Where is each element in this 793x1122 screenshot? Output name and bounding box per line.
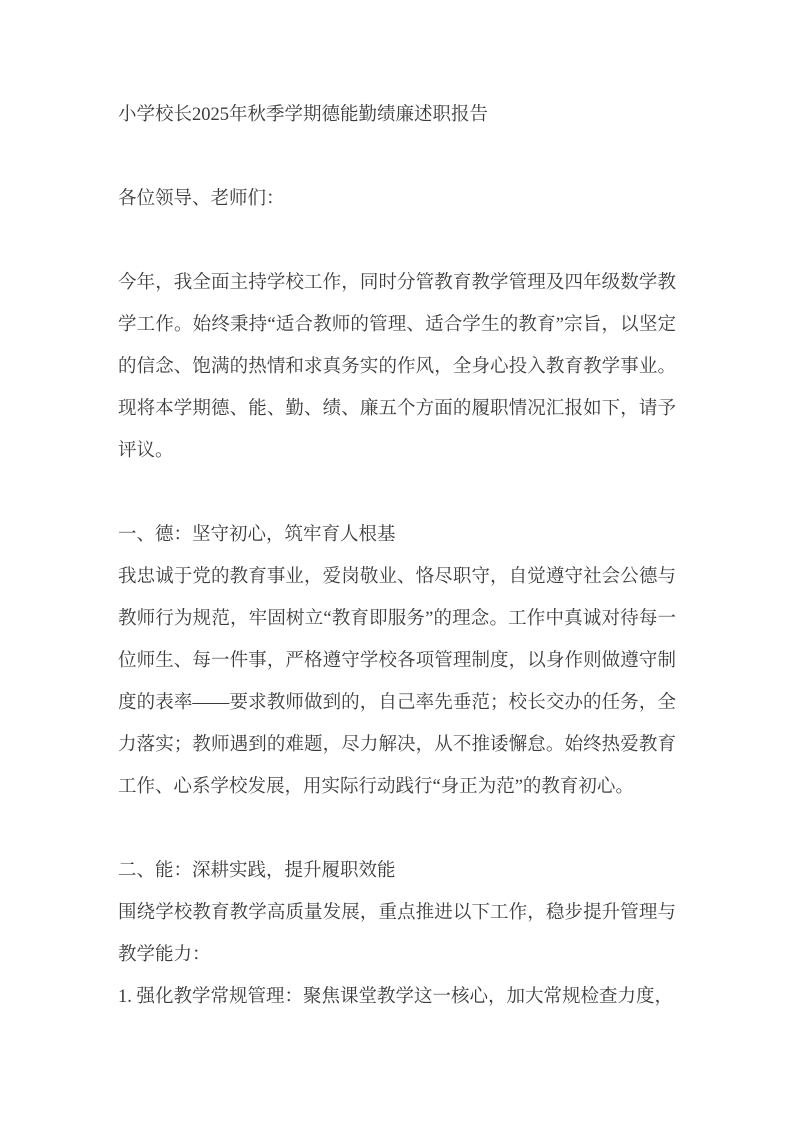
intro-paragraph: 今年，我全面主持学校工作，同时分管教育教学管理及四年级数学教学工作。始终秉持“适…: [118, 262, 676, 472]
document-page: 小学校长2025年秋季学期德能勤绩廉述职报告 各位领导、老师们： 今年，我全面主…: [0, 0, 793, 1122]
section-1-body: 我忠诚于党的教育事业，爱岗敬业、恪尽职守，自觉遵守社会公德与教师行为规范，牢固树…: [118, 556, 676, 808]
section-2-body: 围绕学校教育教学高质量发展，重点推进以下工作，稳步提升管理与教学能力：: [118, 892, 676, 976]
document-title: 小学校长2025年秋季学期德能勤绩廉述职报告: [118, 94, 676, 136]
greeting-line: 各位领导、老师们：: [118, 178, 676, 220]
section-2-heading: 二、能：深耕实践，提升履职效能: [118, 850, 676, 892]
section-1-heading: 一、德：坚守初心，筑牢育人根基: [118, 514, 676, 556]
section-2-list-item-1: 1. 强化教学常规管理：聚焦课堂教学这一核心，加大常规检查力度，: [118, 976, 676, 1018]
